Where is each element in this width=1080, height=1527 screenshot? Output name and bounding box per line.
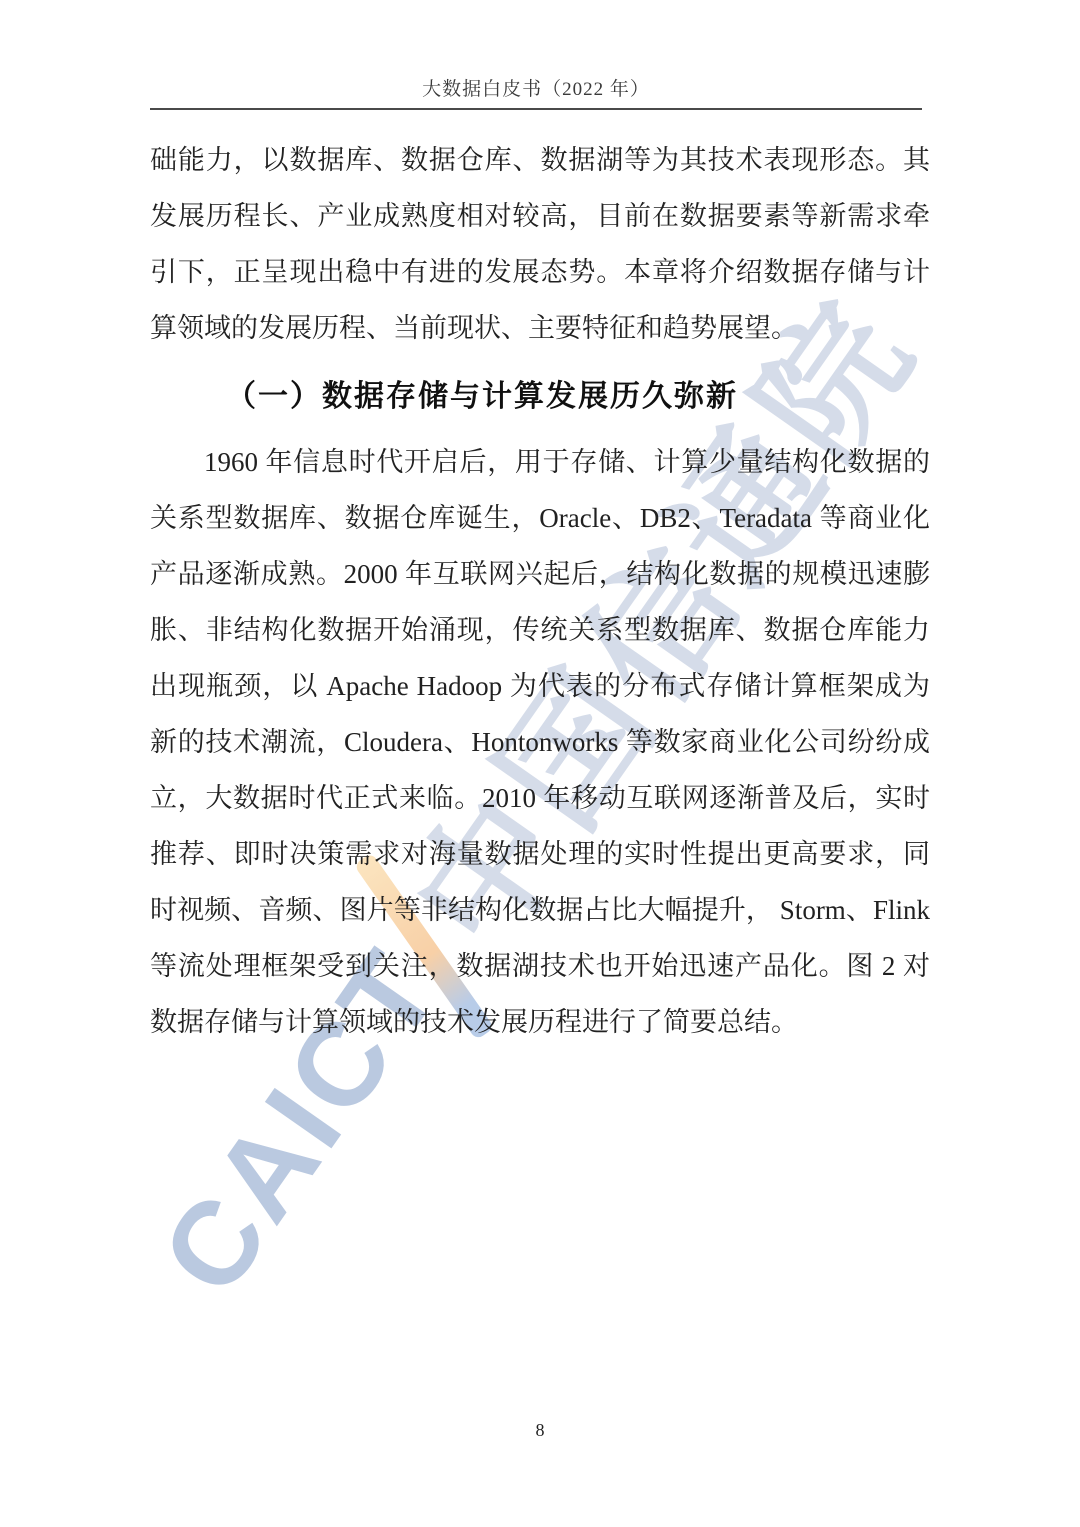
document-body: 础能力，以数据库、数据仓库、数据湖等为其技术表现形态。其发展历程长、产业成熟度相… — [150, 132, 930, 1050]
document-page: CAICT 中国信通院 大数据白皮书（2022 年） 础能力，以数据库、数据仓库… — [0, 0, 1080, 1527]
page-header: 大数据白皮书（2022 年） — [150, 74, 922, 110]
section-heading: （一）数据存储与计算发展历久弥新 — [150, 372, 930, 422]
paragraph-continuation: 础能力，以数据库、数据仓库、数据湖等为其技术表现形态。其发展历程长、产业成熟度相… — [150, 132, 930, 356]
paragraph-body: 1960 年信息时代开启后，用于存储、计算少量结构化数据的关系型数据库、数据仓库… — [150, 434, 930, 1050]
page-footer: 8 — [150, 1420, 930, 1441]
header-title: 大数据白皮书（2022 年） — [150, 74, 922, 101]
page-number: 8 — [536, 1420, 545, 1441]
